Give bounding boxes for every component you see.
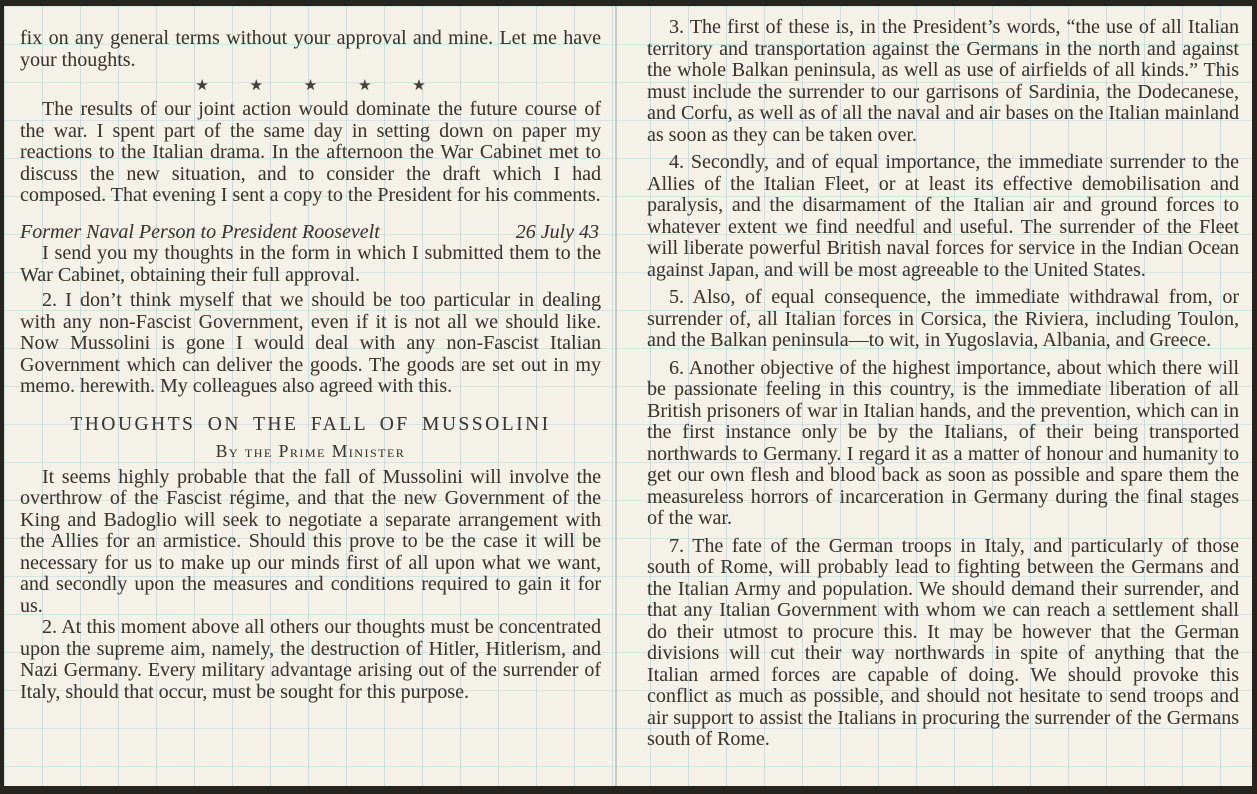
letter-paragraph: 2. I don’t think myself that we should b… (20, 290, 601, 398)
letter-date: 26 July 43 (516, 222, 601, 244)
memo-paragraph: 4. Secondly, and of equal importance, th… (647, 152, 1239, 281)
memo-paragraph: 3. The first of these is, in the Preside… (647, 17, 1239, 146)
memo-paragraph: 6. Another objective of the highest impo… (647, 358, 1239, 530)
letter-sender-recipient: Former Naval Person to President Rooseve… (20, 222, 380, 244)
book-page-scan: fix on any general terms without your ap… (0, 0, 1257, 794)
right-column: 3. The first of these is, in the Preside… (611, 6, 1252, 786)
memo-paragraph: It seems highly probable that the fall o… (20, 467, 601, 618)
memo-paragraph: 2. At this moment above all others our t… (20, 617, 601, 703)
star-separator: ★ ★ ★ ★ ★ (20, 73, 601, 97)
continuation-paragraph: fix on any general terms without your ap… (20, 28, 601, 71)
column-divider (615, 6, 617, 786)
left-column: fix on any general terms without your ap… (4, 6, 611, 786)
letter-paragraph: I send you my thoughts in the form in wh… (20, 243, 601, 286)
narrative-paragraph: The results of our joint action would do… (20, 99, 601, 207)
memo-byline: By the Prime Minister (20, 441, 601, 463)
memo-paragraph: 7. The fate of the German troops in Ital… (647, 536, 1239, 751)
letter-heading-row: Former Naval Person to President Rooseve… (20, 222, 601, 244)
memo-paragraph: 5. Also, of equal consequence, the immed… (647, 287, 1239, 352)
memo-title: THOUGHTS ON THE FALL OF MUSSOLINI (20, 414, 601, 436)
